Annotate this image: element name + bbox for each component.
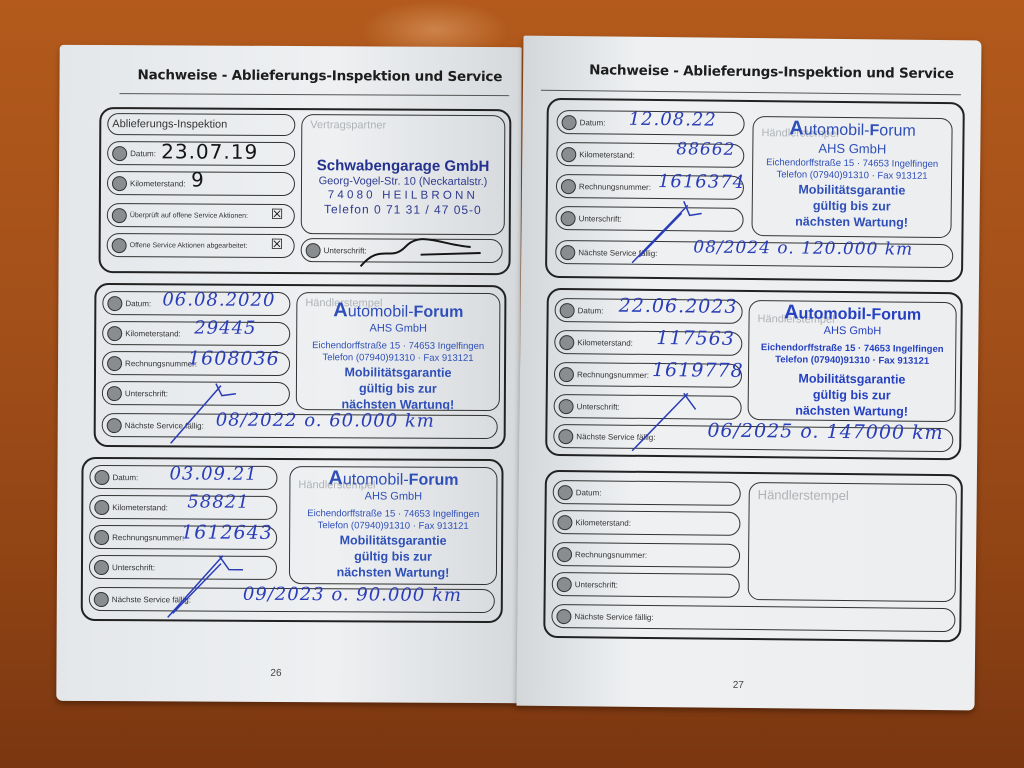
bullet-icon	[562, 115, 577, 130]
stamp-brand: utomobil-	[343, 471, 409, 488]
unterschrift-label: Unterschrift:	[577, 402, 620, 411]
stamp-guarantee: nächsten Wartung!	[749, 402, 955, 420]
stamp-brand: A	[789, 117, 804, 139]
stamp-guarantee: Mobilitätsgarantie	[297, 364, 499, 381]
datum-value: 03.09.21	[169, 463, 257, 484]
bullet-icon	[112, 176, 127, 191]
datum-value: 12.08.22	[629, 109, 717, 131]
stamp-brand: orum	[881, 306, 921, 323]
datum-label: Datum:	[578, 306, 604, 315]
datum-value: 06.08.2020	[162, 289, 275, 311]
bullet-icon	[559, 367, 574, 382]
rechnungsnummer-value: 1612643	[181, 521, 273, 543]
stamp-phone: Telefon (07940)91310 · Fax 913121	[749, 354, 955, 368]
signature-icon	[163, 549, 253, 619]
open-actions-done-label: Offene Service Aktionen abgearbeitet:	[130, 242, 248, 250]
naechste-service-value: 08/2024 o. 120.000 km	[693, 237, 913, 259]
bullet-icon	[559, 399, 574, 414]
stamp-guarantee: gültig bis zur	[290, 548, 496, 565]
stamp-guarantee: Mobilitätsgarantie	[290, 532, 496, 549]
stamp-company: AHS GmbH	[753, 140, 951, 157]
booklet-page-right: Nachweise - Ablieferungs-Inspektion und …	[517, 36, 982, 711]
delivery-inspection-section: Ablieferungs-Inspektion Datum: 23.07.19 …	[99, 107, 512, 275]
bullet-icon	[94, 529, 109, 544]
dealer-stamp: Automobil-Forum AHS GmbH Eichendorffstra…	[290, 467, 497, 581]
bullet-icon	[561, 179, 576, 194]
dealer-name: Schwabengarage GmbH	[302, 157, 504, 175]
rechnungsnummer-value: 1608036	[188, 347, 280, 369]
bullet-icon	[94, 591, 109, 606]
haendlerstempel-box: Händlerstempel Automobil-Forum AHS GmbH …	[751, 116, 952, 238]
stamp-company: AHS GmbH	[290, 490, 496, 503]
stamp-brand: F	[414, 304, 424, 321]
kilometerstand-label: Kilometerstand:	[130, 179, 186, 188]
stamp-phone: Telefon (07940)91310 · Fax 913121	[297, 352, 499, 365]
bullet-icon	[112, 208, 127, 223]
stamp-address: Eichendorffstraße 15 · 74653 Ingelfingen	[297, 340, 499, 353]
unterschrift-label: Unterschrift:	[112, 563, 155, 572]
vertragspartner-caption: Vertragspartner	[310, 119, 386, 131]
bullet-icon	[107, 296, 122, 311]
checked-open-actions-field[interactable]: Überprüft auf offene Service Aktionen:	[107, 203, 295, 228]
stamp-brand: F	[869, 122, 879, 139]
haendlerstempel-caption: Händlerstempel	[758, 487, 849, 503]
bullet-icon	[112, 238, 127, 253]
kilometerstand-label: Kilometerstand:	[579, 150, 635, 160]
naechste-service-field[interactable]: Nächste Service fällig:	[551, 604, 955, 632]
rechnungsnummer-value: 1616374	[658, 171, 745, 193]
stamp-phone: Telefon (07940)91310 · Fax 913121	[753, 169, 951, 183]
service-entry-3: Datum: 12.08.22 Kilometerstand: 88662 Re…	[545, 98, 965, 282]
kilometerstand-label: Kilometerstand:	[577, 338, 633, 348]
naechste-service-label: Nächste Service fällig:	[574, 612, 653, 622]
bullet-icon	[561, 147, 576, 162]
bullet-icon	[558, 485, 573, 500]
dealer-street: Georg-Vogel-Str. 10 (Neckartalstr.)	[302, 174, 504, 189]
datum-label: Datum:	[125, 299, 151, 308]
datum-field[interactable]: Datum:	[553, 480, 741, 506]
dealer-stamp: Automobil-Forum AHS GmbH Eichendorffstra…	[749, 301, 956, 420]
open-actions-done-field[interactable]: Offene Service Aktionen abgearbeitet:	[107, 233, 295, 258]
stamp-brand: orum	[879, 122, 916, 139]
dealer-stamp: Automobil-Forum AHS GmbH Eichendorffstra…	[753, 117, 952, 231]
bullet-icon	[94, 469, 109, 484]
stamp-brand: A	[333, 299, 348, 321]
stamp-guarantee: nächsten Wartung!	[290, 564, 496, 581]
datum-label: Datum:	[576, 488, 602, 497]
kilometerstand-value: 88662	[676, 139, 735, 160]
bullet-icon	[558, 429, 573, 444]
unterschrift-label: Unterschrift:	[125, 389, 168, 398]
bullet-icon	[112, 146, 127, 161]
rechnungsnummer-field[interactable]: Rechnungsnummer:	[552, 542, 740, 568]
bullet-icon	[107, 326, 122, 341]
naechste-service-value: 06/2025 o. 147000 km	[707, 420, 943, 444]
signature-icon	[351, 232, 491, 271]
stamp-brand: A	[328, 467, 343, 489]
stamp-brand: utomobil-	[348, 303, 414, 320]
rechnungsnummer-value: 1619778	[652, 359, 744, 382]
stamp-company: AHS GmbH	[297, 322, 499, 335]
bullet-icon	[557, 576, 572, 591]
stamp-phone: Telefon (07940)91310 · Fax 913121	[290, 520, 496, 533]
stamp-brand: orum	[423, 304, 463, 321]
vertragspartner-stamp-box: Vertragspartner Schwabengarage GmbH Geor…	[301, 114, 506, 235]
bullet-icon	[560, 245, 575, 260]
page-number: 26	[270, 668, 281, 679]
kilometerstand-value: 58821	[187, 491, 249, 512]
rechnungsnummer-label: Rechnungsnummer:	[577, 370, 649, 380]
datum-value: 22.06.2023	[619, 295, 738, 318]
rechnungsnummer-label: Rechnungsnummer:	[579, 182, 651, 192]
service-entry-4: Datum: 22.06.2023 Kilometerstand: 117563…	[545, 288, 963, 460]
page-number: 27	[733, 680, 744, 691]
kilometerstand-value: 9	[191, 167, 205, 191]
unterschrift-field[interactable]: Unterschrift:	[552, 572, 740, 598]
stamp-brand: F	[871, 306, 881, 323]
bullet-icon	[557, 547, 572, 562]
open-actions-done-checkbox[interactable]: ☒	[271, 236, 284, 253]
service-entry-1: Datum: 06.08.2020 Kilometerstand: 29445 …	[94, 283, 507, 449]
naechste-service-value: 09/2023 o. 90.000 km	[243, 584, 462, 606]
stamp-address: Eichendorffstraße 15 · 74653 Ingelfingen	[290, 508, 496, 521]
title-divider	[541, 90, 961, 95]
bullet-icon	[561, 211, 576, 226]
unterschrift-label: Unterschrift:	[575, 580, 618, 589]
service-entry-2: Datum: 03.09.21 Kilometerstand: 58821 Re…	[81, 457, 504, 623]
naechste-service-value: 08/2022 o. 60.000 km	[216, 410, 435, 432]
stamp-brand: utomobil-	[798, 306, 871, 324]
kilometerstand-label: Kilometerstand:	[125, 329, 181, 338]
rechnungsnummer-label: Rechnungsnummer:	[112, 533, 184, 542]
datum-label: Datum:	[580, 118, 606, 127]
checked-open-actions-checkbox[interactable]: ☒	[271, 206, 284, 223]
stamp-company: AHS GmbH	[749, 324, 955, 338]
title-divider	[119, 93, 509, 96]
dealer-city: 74080 HEILBRONN	[302, 188, 504, 203]
stamp-guarantee: nächsten Wartung!	[297, 396, 499, 411]
bullet-icon	[107, 418, 122, 433]
delivery-inspection-title: Ablieferungs-Inspektion	[112, 118, 227, 131]
delivery-inspection-title-field: Ablieferungs-Inspektion	[107, 113, 295, 136]
bullet-icon	[559, 335, 574, 350]
dealer-stamp: Schwabengarage GmbH Georg-Vogel-Str. 10 …	[302, 157, 504, 217]
kilometerstand-label: Kilometerstand:	[575, 518, 631, 528]
signature-icon	[627, 387, 708, 454]
stamp-brand: orum	[418, 472, 458, 489]
bullet-icon	[107, 356, 122, 371]
bullet-icon	[560, 303, 575, 318]
signature-icon	[627, 197, 708, 268]
datum-label: Datum:	[130, 149, 156, 158]
service-entry-5-empty: Datum: Kilometerstand: Rechnungsnummer: …	[543, 470, 963, 642]
page-title: Nachweise - Ablieferungs-Inspektion und …	[589, 62, 954, 82]
bullet-icon	[556, 608, 571, 623]
checked-open-actions-label: Überprüft auf offene Service Aktionen:	[130, 212, 248, 220]
booklet-page-left: Nachweise - Ablieferungs-Inspektion und …	[56, 45, 521, 703]
rechnungsnummer-label: Rechnungsnummer:	[125, 359, 197, 368]
datum-value: 23.07.19	[161, 139, 258, 164]
page-title: Nachweise - Ablieferungs-Inspektion und …	[138, 67, 503, 85]
dealer-stamp: Automobil-Forum AHS GmbH Eichendorffstra…	[297, 299, 500, 411]
bullet-icon	[94, 499, 109, 514]
haendlerstempel-box: Händlerstempel Automobil-Forum AHS GmbH …	[289, 466, 498, 585]
bullet-icon	[107, 386, 122, 401]
haendlerstempel-box: Händlerstempel Automobil-Forum AHS GmbH …	[296, 292, 501, 411]
stamp-brand: F	[409, 472, 419, 489]
unterschrift-label: Unterschrift:	[579, 214, 622, 223]
haendlerstempel-box[interactable]: Händlerstempel	[748, 482, 957, 602]
stamp-guarantee: gültig bis zur	[297, 380, 499, 397]
bullet-icon	[557, 515, 572, 530]
haendlerstempel-box: Händlerstempel Automobil-Forum AHS GmbH …	[748, 300, 957, 422]
bullet-icon	[306, 243, 321, 258]
dealer-phone: Telefon 0 71 31 / 47 05-0	[302, 202, 504, 217]
rechnungsnummer-label: Rechnungsnummer:	[575, 550, 647, 560]
kilometerstand-value: 117563	[656, 327, 735, 350]
kilometerstand-label: Kilometerstand:	[112, 503, 168, 512]
stamp-brand: A	[784, 301, 799, 323]
kilometerstand-field[interactable]: Kilometerstand:	[552, 510, 740, 536]
signature-icon	[166, 375, 246, 445]
stamp-brand: utomobil-	[804, 122, 870, 140]
bullet-icon	[94, 559, 109, 574]
kilometerstand-value: 29445	[194, 318, 256, 339]
stamp-guarantee: nächsten Wartung!	[753, 213, 951, 231]
datum-label: Datum:	[112, 473, 138, 482]
